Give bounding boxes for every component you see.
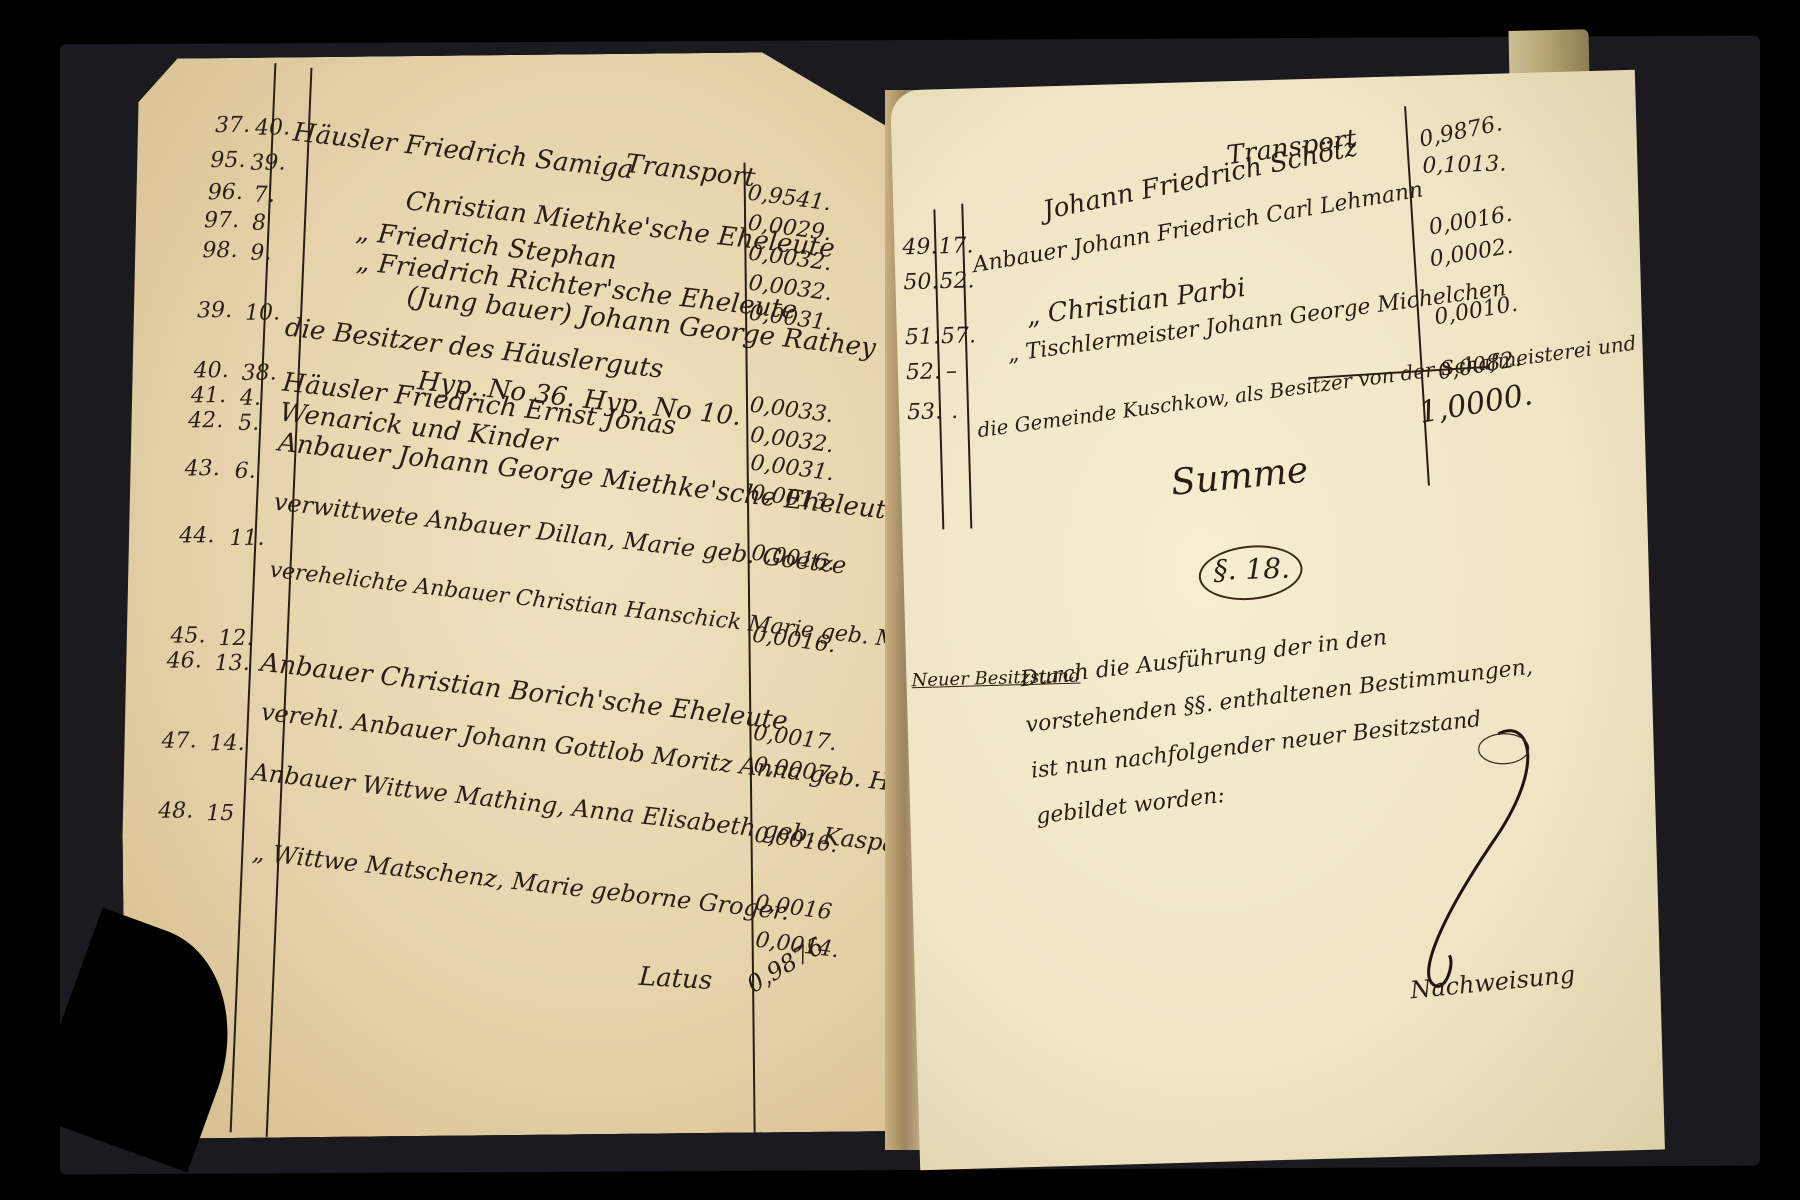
row-number: 98. xyxy=(202,238,237,263)
entry-text: Häusler Friedrich Samiga xyxy=(291,117,634,185)
row-number: . xyxy=(951,399,959,424)
entry-amount: 0,0017. xyxy=(752,721,839,757)
entry-amount: 0,0007. xyxy=(752,753,839,789)
row-number: 45. xyxy=(170,623,205,648)
right-page: Transport 0,9876. Johann Friedrich Schöt… xyxy=(890,70,1665,1170)
row-number: 43. xyxy=(185,456,220,481)
row-number: 53. xyxy=(907,399,943,425)
row-number: 11. xyxy=(229,526,264,551)
row-number: 17. xyxy=(938,233,974,259)
row-number: 41. xyxy=(191,383,226,408)
row-number: 12. xyxy=(218,626,253,651)
row-number: 37. xyxy=(215,113,250,138)
row-number: 10. xyxy=(245,300,280,325)
row-number: 57. xyxy=(941,323,977,349)
row-number: 51. xyxy=(905,324,941,350)
entry-amount: 0,0016. xyxy=(750,541,837,577)
transport-header: Transport xyxy=(624,149,757,193)
entry-text: die Gemeinde Kuschkow, als Besitzer von … xyxy=(976,306,1665,443)
row-number: 15 xyxy=(206,801,234,826)
row-number: 52. xyxy=(939,268,975,294)
row-number: 39. xyxy=(197,298,232,323)
summe-amount: 1,0000. xyxy=(1416,377,1535,431)
transport-amount: 0,9876. xyxy=(1417,111,1504,152)
row-number: 38. xyxy=(242,360,277,385)
row-number: – xyxy=(946,359,958,384)
row-number: 8 xyxy=(252,211,266,236)
row-number: 47. xyxy=(161,728,196,753)
photo-background: 5 m 8 50 5 27 27 25 55 9 26 9 Transport … xyxy=(0,0,1800,1200)
row-number: 7. xyxy=(254,182,275,207)
left-page: Transport 37. 40. Häusler Friedrich Sami… xyxy=(114,51,915,1139)
section-mark: §. 18. xyxy=(1213,552,1290,587)
entry-amount: 0,0002. xyxy=(1428,234,1515,273)
row-number: 48. xyxy=(158,798,193,823)
entry-text: „ Wittwe Matschenz, Marie geborne Groger… xyxy=(251,838,791,926)
row-number: 95. xyxy=(210,148,245,173)
row-number: 14. xyxy=(209,731,244,756)
row-number: 49. xyxy=(902,234,938,260)
latus-label: Latus xyxy=(638,962,713,996)
row-number: 40. xyxy=(255,115,290,140)
row-number: 52. xyxy=(906,359,942,385)
entry-amount: 0,1013. xyxy=(1422,151,1507,178)
row-number: 5. xyxy=(238,411,259,436)
row-number: 4. xyxy=(240,386,261,411)
row-number: 46. xyxy=(167,648,202,673)
column-rule xyxy=(266,68,313,1137)
row-number: 96. xyxy=(208,180,243,205)
row-number: 40. xyxy=(194,358,229,383)
row-number: 44. xyxy=(179,523,214,548)
row-number: 9. xyxy=(250,241,271,266)
row-number: 6. xyxy=(235,459,256,484)
row-number: 50. xyxy=(903,269,939,295)
row-number: 13. xyxy=(215,651,250,676)
summe-label: Summe xyxy=(1169,450,1310,504)
row-number: 39. xyxy=(250,150,285,175)
row-number: 97. xyxy=(204,208,239,233)
row-number: 42. xyxy=(188,408,223,433)
